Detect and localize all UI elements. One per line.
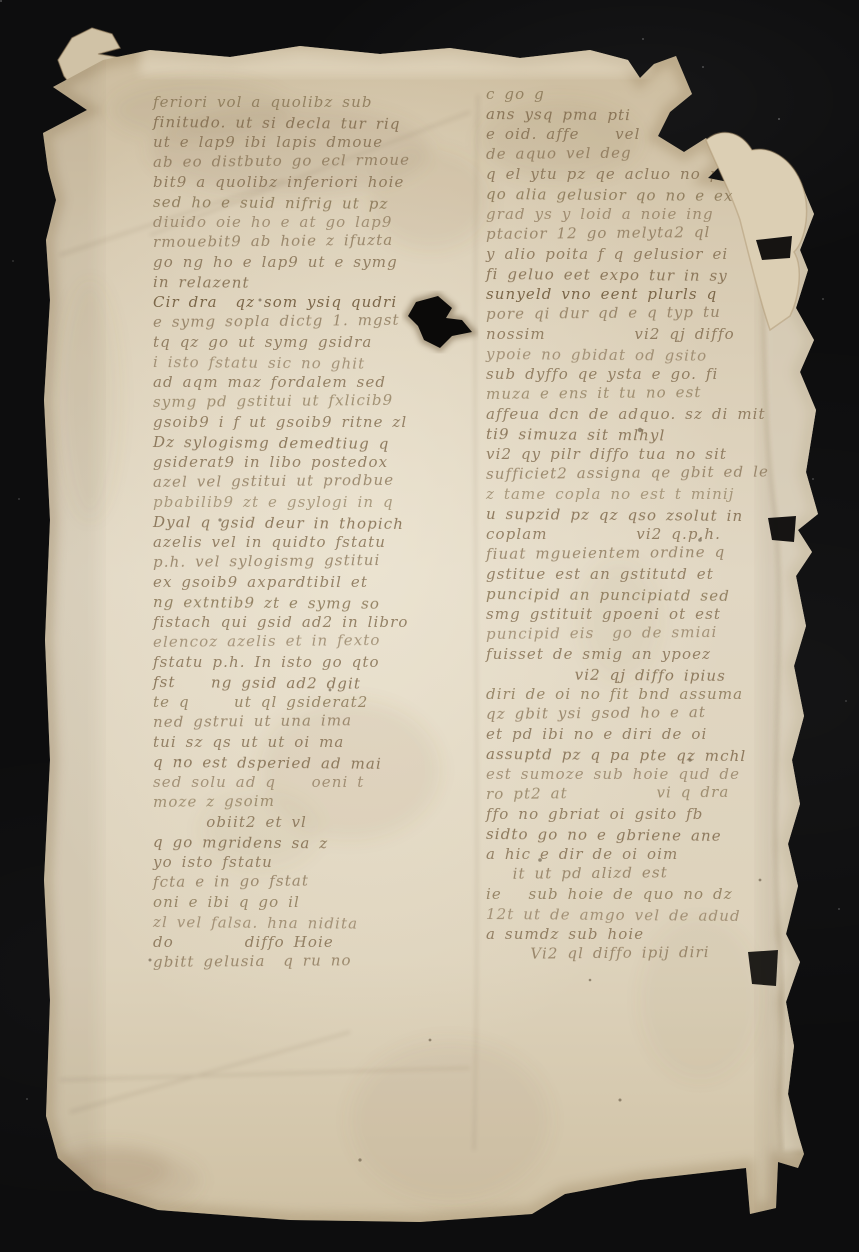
photo-background: feriori vol a quolibz subfinitudo. ut si… bbox=[0, 0, 859, 1252]
manuscript-leaf bbox=[0, 0, 859, 1252]
leaf-shading bbox=[30, 40, 830, 1240]
